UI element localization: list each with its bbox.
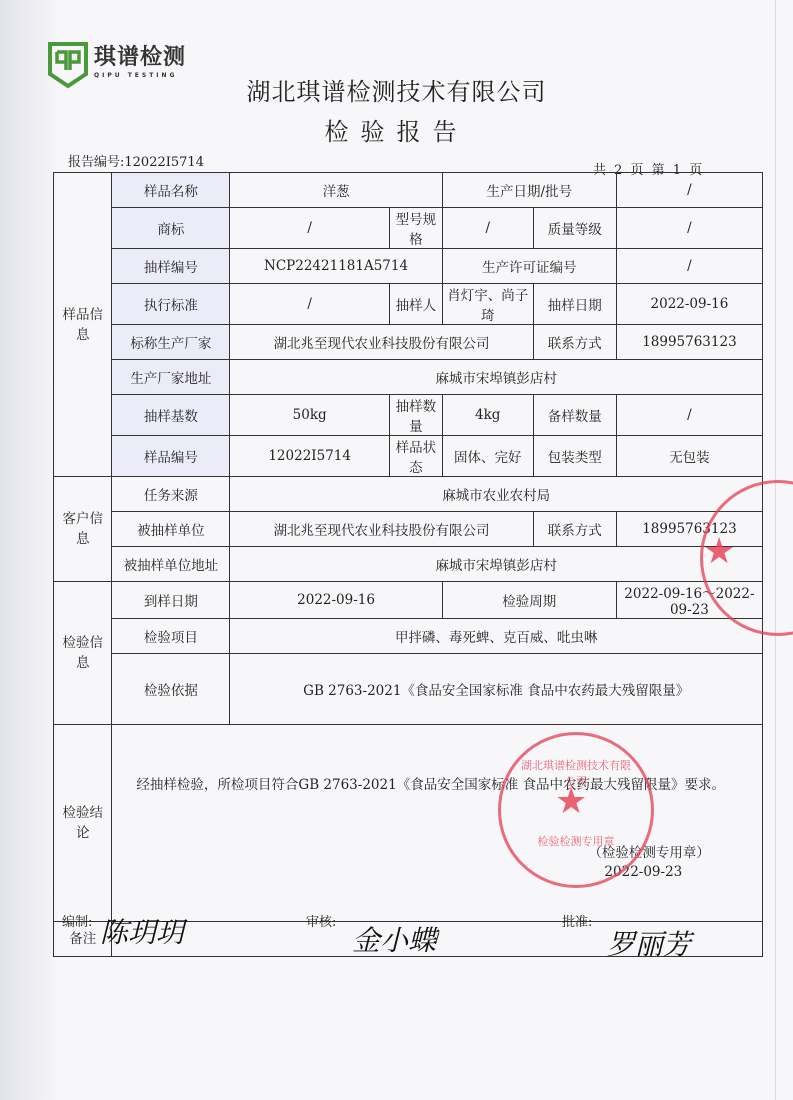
label-standard: 执行标准 [112,284,230,325]
label-sample-name: 样品名称 [112,173,230,208]
table-row: 检验项目 甲拌磷、毒死蜱、克百威、吡虫啉 [54,619,763,654]
value-license-no: / [616,249,762,284]
value-trademark: / [230,208,390,249]
label-license-no: 生产许可证编号 [442,249,616,284]
table-row: 样品信息 样品名称 洋葱 生产日期/批号 / [54,173,763,208]
approved-signature: 罗丽芳 [607,923,691,963]
label-arrival-date: 到样日期 [112,582,230,619]
category-client-info: 客户信息 [54,477,112,582]
label-manufacturer: 标称生产厂家 [112,325,230,360]
value-state: 固体、完好 [442,436,533,477]
label-state: 样品状态 [389,436,442,477]
value-basis: GB 2763-2021《食品安全国家标准 食品中农药最大残留限量》 [230,654,763,725]
value-manufacturer: 湖北兆至现代农业科技股份有限公司 [230,325,533,360]
table-row: 样品编号 12022I5714 样品状态 固体、完好 包装类型 无包装 [54,436,763,477]
value-model: / [442,208,533,249]
report-number-label: 报告编号: [68,155,124,170]
label-basis: 检验依据 [112,654,230,725]
value-package: 无包装 [616,436,762,477]
table-row: 商标 / 型号规格 / 质量等级 / [54,208,763,249]
value-base: 50kg [230,395,390,436]
star-icon: ★ [703,531,735,572]
category-sample-info: 样品信息 [54,173,112,477]
value-sampling-no: NCP22421181A5714 [230,249,442,284]
table-row: 检验依据 GB 2763-2021《食品安全国家标准 食品中农药最大残留限量》 [54,654,763,725]
table-row: 执行标准 / 抽样人 肖灯宇、尚子琦 抽样日期 2022-09-16 [54,284,763,325]
value-sampling-date: 2022-09-16 [616,284,762,325]
label-sampling-no: 抽样编号 [112,249,230,284]
logo-chinese: 琪谱检测 [94,46,186,70]
label-items: 检验项目 [112,619,230,654]
table-row: 检验信息 到样日期 2022-09-16 检验周期 2022-09-16～202… [54,582,763,619]
table-row: 被抽样单位地址 麻城市宋埠镇彭店村 [54,547,763,582]
value-task-source: 麻城市农业农村局 [230,477,763,512]
label-sampler: 抽样人 [389,284,442,325]
label-base: 抽样基数 [112,395,230,436]
value-contact: 18995763123 [616,325,762,360]
value-sample-no: 12022I5714 [230,436,390,477]
label-contact: 联系方式 [533,325,616,360]
label-quality-grade: 质量等级 [533,208,616,249]
table-row: 标称生产厂家 湖北兆至现代农业科技股份有限公司 联系方式 18995763123 [54,325,763,360]
value-address: 麻城市宋埠镇彭店村 [230,360,763,395]
value-sampled-address: 麻城市宋埠镇彭店村 [230,547,763,582]
category-conclusion: 检验结论 [54,725,112,922]
label-sample-no: 样品编号 [112,436,230,477]
stamp-bottom-text: 检验检测专用章 [531,833,621,849]
value-backup: / [616,395,762,436]
value-arrival-date: 2022-09-16 [230,582,442,619]
value-sampled-unit: 湖北兆至现代农业科技股份有限公司 [230,512,533,547]
reviewed-label: 审核: [306,911,336,930]
report-number-value: 12022I5714 [124,155,204,170]
label-quantity: 抽样数量 [389,395,442,436]
official-stamp-main: ★ 湖北琪谱检测技术有限公司 检验检测专用章 [498,732,654,888]
value-quality-grade: / [616,208,762,249]
label-task-source: 任务来源 [112,477,230,512]
table-row: 被抽样单位 湖北兆至现代农业科技股份有限公司 联系方式 18995763123 [54,512,763,547]
value-items: 甲拌磷、毒死蜱、克百威、吡虫啉 [230,619,763,654]
value-quantity: 4kg [442,395,533,436]
category-inspection-info: 检验信息 [54,582,112,725]
table-row: 生产厂家地址 麻城市宋埠镇彭店村 [54,360,763,395]
report-title: 检验报告 [0,112,793,147]
label-backup: 备样数量 [533,395,616,436]
label-model: 型号规格 [389,208,442,249]
compiled-signature: 陈玥玥 [100,911,184,951]
table-row: 抽样编号 NCP22421181A5714 生产许可证编号 / [54,249,763,284]
label-client-contact: 联系方式 [533,512,616,547]
label-sampled-address: 被抽样单位地址 [112,547,230,582]
label-trademark: 商标 [112,208,230,249]
reviewed-signature: 金小蝶 [352,919,436,959]
value-production-date: / [616,173,762,208]
label-production-date: 生产日期/批号 [442,173,616,208]
report-table: 样品信息 样品名称 洋葱 生产日期/批号 / 商标 / 型号规格 / 质量等级 … [53,172,763,957]
approved-label: 批准: [562,911,592,930]
compiled-label: 编制: [62,911,92,930]
label-sampled-unit: 被抽样单位 [112,512,230,547]
table-row: 客户信息 任务来源 麻城市农业农村局 [54,477,763,512]
table-row: 检验结论 经抽样检验，所检项目符合GB 2763-2021《食品安全国家标准 食… [54,725,763,922]
value-sample-name: 洋葱 [230,173,442,208]
report-number: 报告编号:12022I5714 [68,151,204,170]
label-address: 生产厂家地址 [112,360,230,395]
company-name: 湖北琪谱检测技术有限公司 [0,72,793,107]
value-standard: / [230,284,390,325]
scan-shadow [0,0,60,1100]
conclusion-cell: 经抽样检验，所检项目符合GB 2763-2021《食品安全国家标准 食品中农药最… [112,725,763,922]
label-period: 检验周期 [442,582,616,619]
value-sampler: 肖灯宇、尚子琦 [442,284,533,325]
stamp-inner-text: 湖北琪谱检测技术有限公司 [521,757,631,789]
label-sampling-date: 抽样日期 [533,284,616,325]
label-package: 包装类型 [533,436,616,477]
table-row: 抽样基数 50kg 抽样数量 4kg 备样数量 / [54,395,763,436]
